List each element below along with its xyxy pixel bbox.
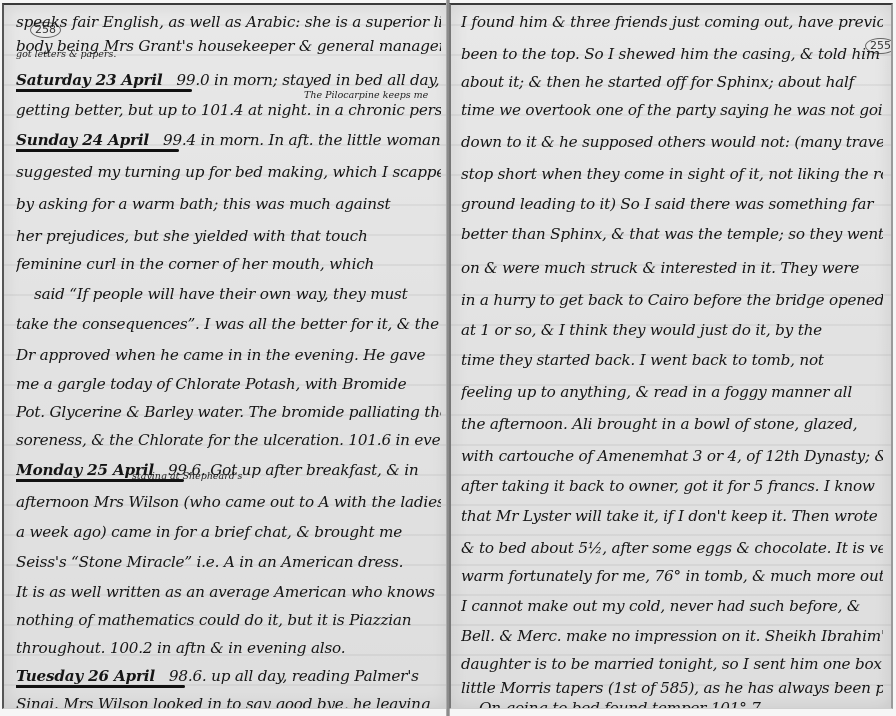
- text-line: afternoon Mrs Wilson (who came out to A …: [16, 489, 441, 515]
- text-line: at 1 or so, & I think they would just do…: [461, 317, 883, 343]
- text-line: Seiss's “Stone Miracle” i.e. A in an Ame…: [16, 549, 441, 575]
- text-line: I found him & three friends just coming …: [461, 9, 883, 35]
- text-line: been to the top. So I shewed him the cas…: [461, 41, 883, 67]
- text-line: & to bed about 5½, after some eggs & cho…: [461, 535, 883, 561]
- text-line: nothing of mathematics could do it, but …: [16, 607, 441, 633]
- diary-entry-tuesday: Tuesday 26 April98.6. up all day, readin…: [16, 663, 441, 689]
- text-line: take the consequences”. I was all the be…: [16, 311, 441, 337]
- text-line: after taking it back to owner, got it fo…: [461, 473, 883, 499]
- text-line: speaks fair English, as well as Arabic: …: [16, 9, 441, 35]
- text-line: about it; & then he started off for Sphi…: [461, 69, 883, 95]
- text-line: stop short when they come in sight of it…: [461, 161, 883, 187]
- text-line: said “If people will have their own way,…: [16, 281, 441, 307]
- text-line: ground leading to it) So I said there wa…: [461, 191, 883, 217]
- text-line: with cartouche of Amenemhat 3 or 4, of 1…: [461, 443, 883, 469]
- left-page: 258 got letters & papers. The Pilocarpin…: [2, 3, 449, 709]
- entry-date: Sunday 24 April: [16, 127, 149, 153]
- text-line: the afternoon. Ali brought in a bowl of …: [461, 411, 883, 437]
- diary-entry-monday: Monday 25 April99.6. Got up after breakf…: [16, 457, 441, 483]
- entry-date: Tuesday 26 April: [16, 663, 155, 689]
- text-line: It is as well written as an average Amer…: [16, 579, 441, 605]
- text-line: feeling up to anything, & read in a fogg…: [461, 379, 883, 405]
- text-line: Sinai. Mrs Wilson looked in to say good …: [16, 691, 441, 709]
- text-line: daughter is to be married tonight, so I …: [461, 651, 883, 677]
- text-line: that Mr Lyster will take it, if I don't …: [461, 503, 883, 529]
- diary-spread: 258 got letters & papers. The Pilocarpin…: [0, 0, 896, 716]
- text-line: down to it & he supposed others would no…: [461, 129, 883, 155]
- text-line: body being Mrs Grant's housekeeper & gen…: [16, 33, 441, 59]
- text-line: feminine curl in the corner of her mouth…: [16, 251, 441, 277]
- text-line: getting better, but up to 101.4 at night…: [16, 97, 441, 123]
- text-line: Pot. Glycerine & Barley water. The bromi…: [16, 399, 441, 425]
- text-line: Bell. & Merc. make no impression on it. …: [461, 623, 883, 649]
- text-line: her prejudices, but she yielded with tha…: [16, 223, 441, 249]
- entry-date: Monday 25 April: [16, 457, 154, 483]
- text-line: throughout. 100.2 in aftn & in evening a…: [16, 635, 441, 661]
- right-page: 255 I found him & three friends just com…: [449, 3, 893, 709]
- diary-entry-sunday: Sunday 24 April99.4 in morn. In aft. the…: [16, 127, 441, 153]
- text-line: by asking for a warm bath; this was much…: [16, 191, 441, 217]
- text-line: soreness, & the Chlorate for the ulcerat…: [16, 427, 441, 453]
- text-line: better than Sphinx, & that was the templ…: [461, 221, 883, 247]
- text-line: time they started back. I went back to t…: [461, 347, 883, 373]
- right-page-text: I found him & three friends just coming …: [451, 5, 891, 708]
- text-line: Dr approved when he came in in the eveni…: [16, 342, 441, 368]
- text-line: I cannot make out my cold, never had suc…: [461, 593, 883, 619]
- text-line: On going to bed found temper 101°.7: [461, 695, 883, 709]
- text-line: a week ago) came in for a brief chat, & …: [16, 519, 441, 545]
- text-line: time we overtook one of the party saying…: [461, 97, 883, 123]
- text-line: on & were much struck & interested in it…: [461, 255, 883, 281]
- text-line: warm fortunately for me, 76° in tomb, & …: [461, 563, 883, 589]
- text-line: in a hurry to get back to Cairo before t…: [461, 287, 883, 313]
- text-line: suggested my turning up for bed making, …: [16, 159, 441, 185]
- diary-entry-saturday: Saturday 23 April99.0 in morn; stayed in…: [16, 67, 441, 93]
- entry-date: Saturday 23 April: [16, 67, 162, 93]
- left-page-text: speaks fair English, as well as Arabic: …: [4, 5, 449, 708]
- text-line: me a gargle today of Chlorate Potash, wi…: [16, 371, 441, 397]
